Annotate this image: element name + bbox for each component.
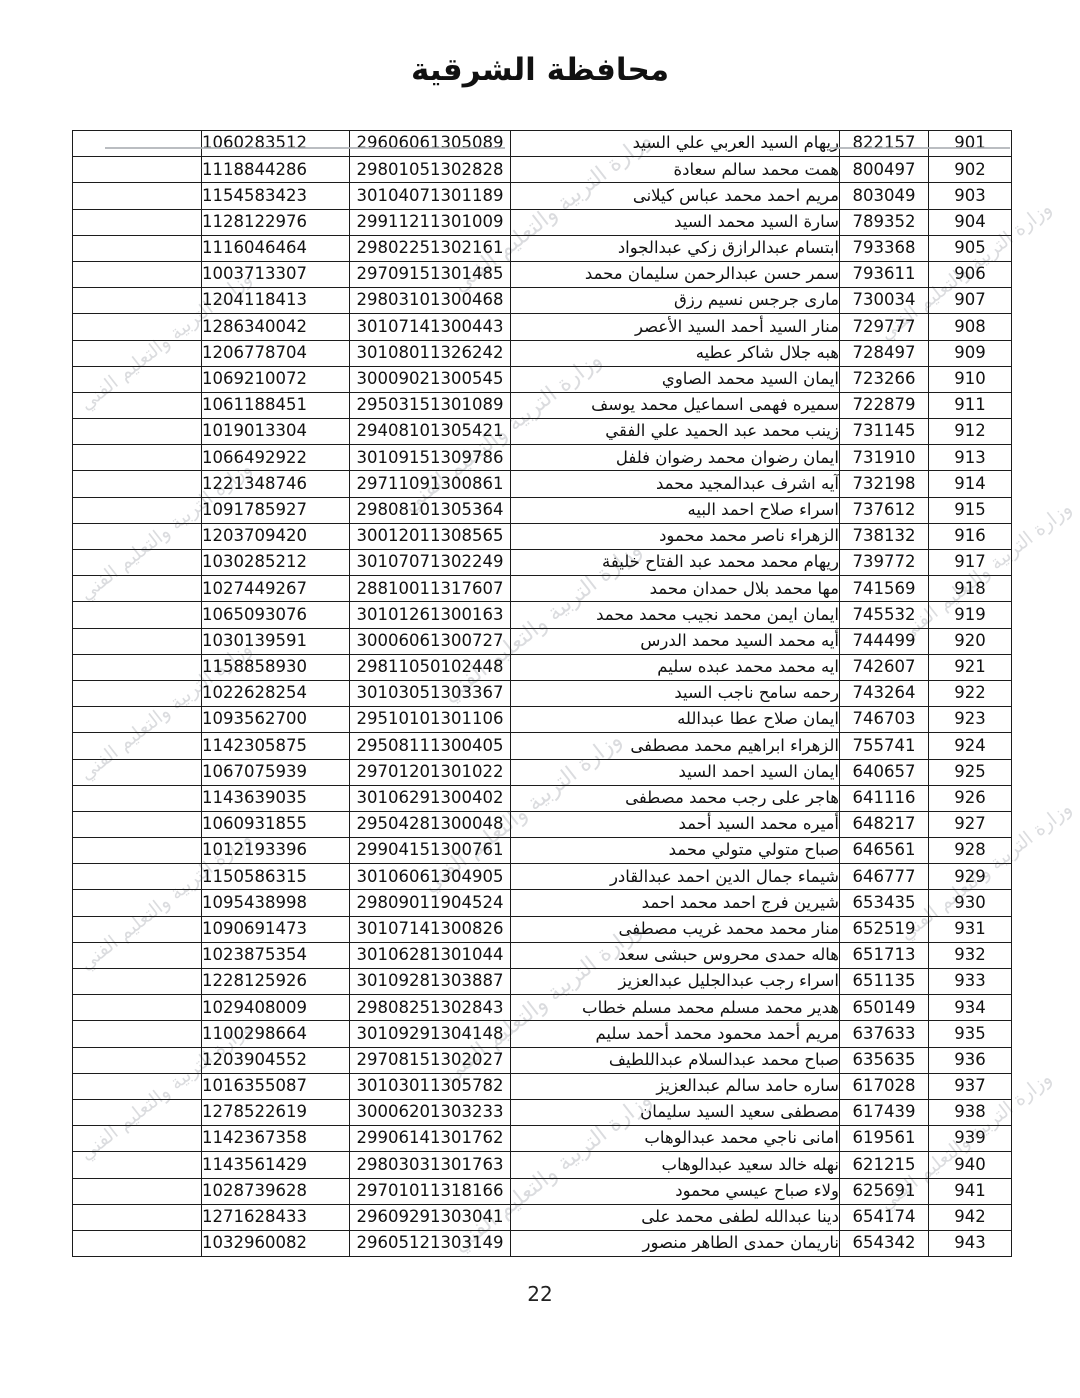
cell-number: 1023875354 (202, 942, 350, 968)
cell-empty (73, 340, 202, 366)
cell-code: 730034 (840, 288, 929, 314)
cell-number: 1118844286 (202, 157, 350, 183)
cell-name: ولاء صباح عيسي محمود (511, 1178, 840, 1204)
cell-empty (73, 576, 202, 602)
cell-number: 1032960082 (202, 1230, 350, 1256)
table-row: 936 635635 صباح محمد عبدالسلام عبداللطيف… (73, 1047, 1012, 1073)
cell-empty (73, 288, 202, 314)
cell-code: 789352 (840, 209, 929, 235)
cell-empty (73, 916, 202, 942)
cell-number: 1150586315 (202, 864, 350, 890)
cell-empty (73, 1047, 202, 1073)
table-row: 919 745532 ايمان ايمن محمد نجيب محمد محم… (73, 602, 1012, 628)
table-row: 933 651135 اسراء رجب عبدالجليل عبدالعزيز… (73, 969, 1012, 995)
cell-national-id: 29605121303149 (350, 1230, 511, 1256)
cell-code: 755741 (840, 733, 929, 759)
cell-empty (73, 183, 202, 209)
cell-number: 1154583423 (202, 183, 350, 209)
cell-code: 732198 (840, 471, 929, 497)
table-row: 922 743264 رحمه سامح ناجب السيد 30103051… (73, 680, 1012, 706)
cell-national-id: 30006201303233 (350, 1099, 511, 1125)
cell-code: 637633 (840, 1021, 929, 1047)
cell-national-id: 30109291304148 (350, 1021, 511, 1047)
table-row: 908 729777 منار السيد أحمد السيد الأعصر … (73, 314, 1012, 340)
cell-code: 651713 (840, 942, 929, 968)
cell-number: 1019013304 (202, 419, 350, 445)
cell-number: 1100298664 (202, 1021, 350, 1047)
cell-national-id: 28810011317607 (350, 576, 511, 602)
cell-serial: 903 (929, 183, 1012, 209)
cell-serial: 919 (929, 602, 1012, 628)
cell-name: مصطفى سعيد السيد سليمان (511, 1099, 840, 1125)
cell-code: 803049 (840, 183, 929, 209)
cell-empty (73, 942, 202, 968)
cell-empty (73, 1073, 202, 1099)
cell-empty (73, 838, 202, 864)
cell-national-id: 29809011904524 (350, 890, 511, 916)
cell-name: ابتسام عبدالرازق زكي عبدالجواد (511, 235, 840, 261)
cell-national-id: 30103051303367 (350, 680, 511, 706)
cell-national-id: 29911211301009 (350, 209, 511, 235)
table-row: 932 651713 هاله حمدى محروس حبشى سعد 3010… (73, 942, 1012, 968)
table-row: 902 800497 همت محمد سالم سعادة 298010513… (73, 157, 1012, 183)
cell-serial: 935 (929, 1021, 1012, 1047)
cell-name: اسراء رجب عبدالجليل عبدالعزيز (511, 969, 840, 995)
scan-artifact-line (105, 147, 505, 149)
cell-name: هاله حمدى محروس حبشى سعد (511, 942, 840, 968)
cell-serial: 940 (929, 1152, 1012, 1178)
table-row: 917 739772 ريهام محمد محمد عبد الفتاح خل… (73, 550, 1012, 576)
table-row: 942 654174 دينا عبدالله لطفى محمد على 29… (73, 1204, 1012, 1230)
table-row: 903 803049 مريم احمد محمد عباس كيلانى 30… (73, 183, 1012, 209)
cell-national-id: 30104071301189 (350, 183, 511, 209)
cell-code: 800497 (840, 157, 929, 183)
cell-number: 1060283512 (202, 131, 350, 157)
cell-national-id: 29609291303041 (350, 1204, 511, 1230)
cell-code: 640657 (840, 759, 929, 785)
cell-number: 1143561429 (202, 1152, 350, 1178)
cell-serial: 911 (929, 392, 1012, 418)
cell-name: صباح محمد عبدالسلام عبداللطيف (511, 1047, 840, 1073)
table-row: 939 619561 امانى ناجي محمد عبدالوهاب 299… (73, 1126, 1012, 1152)
cell-empty (73, 550, 202, 576)
table-row: 920 744499 أيه محمد السيد محمد الدرس 300… (73, 628, 1012, 654)
cell-number: 1095438998 (202, 890, 350, 916)
cell-code: 793368 (840, 235, 929, 261)
table-row: 940 621215 نهله خالد سعيد عبدالوهاب 2980… (73, 1152, 1012, 1178)
cell-name: منار السيد أحمد السيد الأعصر (511, 314, 840, 340)
cell-number: 1204118413 (202, 288, 350, 314)
cell-name: ايمان رضوان محمد رضوان فلفل (511, 445, 840, 471)
cell-serial: 908 (929, 314, 1012, 340)
cell-empty (73, 811, 202, 837)
cell-national-id: 29811050102448 (350, 654, 511, 680)
cell-name: مها محمد بلال حمدان محمد (511, 576, 840, 602)
cell-empty (73, 157, 202, 183)
table-row: 918 741569 مها محمد بلال حمدان محمد 2881… (73, 576, 1012, 602)
cell-code: 822157 (840, 131, 929, 157)
table-row: 928 646561 صباح متولي متولي محمد 2990415… (73, 838, 1012, 864)
cell-serial: 902 (929, 157, 1012, 183)
cell-empty (73, 733, 202, 759)
cell-serial: 916 (929, 523, 1012, 549)
cell-code: 625691 (840, 1178, 929, 1204)
table-row: 941 625691 ولاء صباح عيسي محمود 29701011… (73, 1178, 1012, 1204)
roster-table-body: 901 822157 ريهام السيد العربي علي السيد … (73, 131, 1012, 1257)
cell-national-id: 30109151309786 (350, 445, 511, 471)
cell-national-id: 29408101305421 (350, 419, 511, 445)
cell-name: آيه اشرف عبدالمجيد محمد (511, 471, 840, 497)
cell-number: 1060931855 (202, 811, 350, 837)
cell-name: زينب محمد عبد الحميد علي الفقي (511, 419, 840, 445)
cell-national-id: 29708151302027 (350, 1047, 511, 1073)
cell-code: 654342 (840, 1230, 929, 1256)
cell-number: 1012193396 (202, 838, 350, 864)
table-row: 907 730034 مارى جرجس نسيم رزق 2980310130… (73, 288, 1012, 314)
table-row: 931 652519 منار محمد محمد غريب مصطفى 301… (73, 916, 1012, 942)
cell-number: 1067075939 (202, 759, 350, 785)
cell-serial: 904 (929, 209, 1012, 235)
cell-number: 1027449267 (202, 576, 350, 602)
page-title: محافظة الشرقية (0, 52, 1080, 88)
cell-number: 1158858930 (202, 654, 350, 680)
cell-code: 741569 (840, 576, 929, 602)
cell-national-id: 29803101300468 (350, 288, 511, 314)
cell-national-id: 30103011305782 (350, 1073, 511, 1099)
cell-code: 652519 (840, 916, 929, 942)
cell-serial: 909 (929, 340, 1012, 366)
table-row: 927 648217 أميره محمد السيد أحمد 2950428… (73, 811, 1012, 837)
cell-empty (73, 995, 202, 1021)
cell-empty (73, 969, 202, 995)
cell-empty (73, 314, 202, 340)
table-row: 937 617028 ساره حامد سالم عبدالعزيز 3010… (73, 1073, 1012, 1099)
cell-empty (73, 497, 202, 523)
cell-national-id: 29503151301089 (350, 392, 511, 418)
cell-code: 745532 (840, 602, 929, 628)
cell-serial: 907 (929, 288, 1012, 314)
cell-serial: 926 (929, 785, 1012, 811)
cell-serial: 905 (929, 235, 1012, 261)
table-row: 913 731910 ايمان رضوان محمد رضوان فلفل 3… (73, 445, 1012, 471)
cell-serial: 936 (929, 1047, 1012, 1073)
cell-national-id: 29504281300048 (350, 811, 511, 837)
cell-number: 1142305875 (202, 733, 350, 759)
cell-empty (73, 1021, 202, 1047)
cell-national-id: 29802251302161 (350, 235, 511, 261)
table-row: 906 793611 سمر حسن عبدالرحمن سليمان محمد… (73, 261, 1012, 287)
cell-code: 722879 (840, 392, 929, 418)
cell-code: 619561 (840, 1126, 929, 1152)
cell-name: ايمان صلاح عطا عبدالله (511, 707, 840, 733)
scanned-document-page: { "page": { "title": "محافظة الشرقية", "… (0, 0, 1080, 1398)
cell-serial: 920 (929, 628, 1012, 654)
cell-empty (73, 654, 202, 680)
cell-national-id: 29701011318166 (350, 1178, 511, 1204)
table-row: 901 822157 ريهام السيد العربي علي السيد … (73, 131, 1012, 157)
cell-empty (73, 131, 202, 157)
cell-serial: 937 (929, 1073, 1012, 1099)
cell-name: ايمان ايمن محمد نجيب محمد محمد (511, 602, 840, 628)
cell-code: 650149 (840, 995, 929, 1021)
cell-name: ساره حامد سالم عبدالعزيز (511, 1073, 840, 1099)
table-row: 924 755741 الزهراء ابراهيم محمد مصطفى 29… (73, 733, 1012, 759)
cell-name: دينا عبدالله لطفى محمد على (511, 1204, 840, 1230)
cell-name: سمر حسن عبدالرحمن سليمان محمد (511, 261, 840, 287)
cell-name: هبه جلال شاكر عطيه (511, 340, 840, 366)
cell-code: 729777 (840, 314, 929, 340)
cell-name: ايمان السيد محمد الصاوي (511, 366, 840, 392)
cell-number: 1029408009 (202, 995, 350, 1021)
cell-name: سارة السيد محمد السيد (511, 209, 840, 235)
cell-empty (73, 471, 202, 497)
cell-code: 653435 (840, 890, 929, 916)
cell-number: 1061188451 (202, 392, 350, 418)
cell-number: 1069210072 (202, 366, 350, 392)
cell-empty (73, 235, 202, 261)
table-row: 912 731145 زينب محمد عبد الحميد علي الفق… (73, 419, 1012, 445)
table-row: 909 728497 هبه جلال شاكر عطيه 3010801132… (73, 340, 1012, 366)
cell-serial: 901 (929, 131, 1012, 157)
cell-name: صباح متولي متولي محمد (511, 838, 840, 864)
table-row: 929 646777 شيماء جمال الدين احمد عبدالقا… (73, 864, 1012, 890)
cell-number: 1142367358 (202, 1126, 350, 1152)
table-row: 930 653435 شيرين فرج احمد محمد احمد 2980… (73, 890, 1012, 916)
cell-empty (73, 419, 202, 445)
cell-serial: 939 (929, 1126, 1012, 1152)
cell-number: 1221348746 (202, 471, 350, 497)
cell-name: شيرين فرج احمد محمد احمد (511, 890, 840, 916)
cell-number: 1003713307 (202, 261, 350, 287)
cell-code: 737612 (840, 497, 929, 523)
table-row: 916 738132 الزهراء ناصر محمد محمود 30012… (73, 523, 1012, 549)
cell-code: 738132 (840, 523, 929, 549)
table-row: 914 732198 آيه اشرف عبدالمجيد محمد 29711… (73, 471, 1012, 497)
cell-code: 651135 (840, 969, 929, 995)
cell-national-id: 30006061300727 (350, 628, 511, 654)
scan-artifact-line (830, 147, 1010, 149)
cell-empty (73, 628, 202, 654)
cell-national-id: 30107141300826 (350, 916, 511, 942)
cell-national-id: 29808251302843 (350, 995, 511, 1021)
cell-name: مارى جرجس نسيم رزق (511, 288, 840, 314)
cell-name: منار محمد محمد غريب مصطفى (511, 916, 840, 942)
cell-code: 646777 (840, 864, 929, 890)
cell-number: 1091785927 (202, 497, 350, 523)
cell-code: 648217 (840, 811, 929, 837)
cell-national-id: 29510101301106 (350, 707, 511, 733)
cell-serial: 928 (929, 838, 1012, 864)
cell-empty (73, 392, 202, 418)
cell-serial: 914 (929, 471, 1012, 497)
cell-code: 743264 (840, 680, 929, 706)
cell-name: امانى ناجي محمد عبدالوهاب (511, 1126, 840, 1152)
cell-number: 1030139591 (202, 628, 350, 654)
cell-number: 1128122976 (202, 209, 350, 235)
cell-empty (73, 261, 202, 287)
cell-serial: 930 (929, 890, 1012, 916)
cell-national-id: 29709151301485 (350, 261, 511, 287)
cell-name: أيه محمد السيد محمد الدرس (511, 628, 840, 654)
cell-empty (73, 445, 202, 471)
cell-national-id: 29808101305364 (350, 497, 511, 523)
cell-empty (73, 785, 202, 811)
cell-serial: 925 (929, 759, 1012, 785)
cell-empty (73, 1126, 202, 1152)
cell-national-id: 29801051302828 (350, 157, 511, 183)
cell-name: هدير محمد مسلم محمد مسلم خطاب (511, 995, 840, 1021)
cell-serial: 934 (929, 995, 1012, 1021)
cell-serial: 906 (929, 261, 1012, 287)
cell-empty (73, 1230, 202, 1256)
cell-serial: 943 (929, 1230, 1012, 1256)
cell-code: 641116 (840, 785, 929, 811)
cell-serial: 915 (929, 497, 1012, 523)
cell-name: ناريمان حمدى الطاهر منصور (511, 1230, 840, 1256)
table-row: 938 617439 مصطفى سعيد السيد سليمان 30006… (73, 1099, 1012, 1125)
cell-number: 1116046464 (202, 235, 350, 261)
cell-number: 1030285212 (202, 550, 350, 576)
table-row: 904 789352 سارة السيد محمد السيد 2991121… (73, 209, 1012, 235)
cell-name: هاجر على رجب محمد مصطفى (511, 785, 840, 811)
cell-national-id: 30109281303887 (350, 969, 511, 995)
cell-name: نهله خالد سعيد عبدالوهاب (511, 1152, 840, 1178)
page-number: 22 (0, 1282, 1080, 1306)
cell-national-id: 30009021300545 (350, 366, 511, 392)
cell-serial: 942 (929, 1204, 1012, 1230)
cell-name: الزهراء ناصر محمد محمود (511, 523, 840, 549)
cell-number: 1206778704 (202, 340, 350, 366)
cell-code: 646561 (840, 838, 929, 864)
cell-number: 1271628433 (202, 1204, 350, 1230)
cell-name: ايه محمد محمد عبده سليم (511, 654, 840, 680)
cell-serial: 922 (929, 680, 1012, 706)
cell-national-id: 30012011308565 (350, 523, 511, 549)
cell-serial: 931 (929, 916, 1012, 942)
cell-name: ايمان السيد احمد السيد (511, 759, 840, 785)
cell-empty (73, 890, 202, 916)
table-row: 943 654342 ناريمان حمدى الطاهر منصور 296… (73, 1230, 1012, 1256)
cell-name: ريهام محمد محمد عبد الفتاح خليفة (511, 550, 840, 576)
table-row: 911 722879 سميره فهمى اسماعيل محمد يوسف … (73, 392, 1012, 418)
cell-name: شيماء جمال الدين احمد عبدالقادر (511, 864, 840, 890)
cell-serial: 938 (929, 1099, 1012, 1125)
cell-serial: 917 (929, 550, 1012, 576)
cell-name: الزهراء ابراهيم محمد مصطفى (511, 733, 840, 759)
cell-name: سميره فهمى اسماعيل محمد يوسف (511, 392, 840, 418)
cell-empty (73, 1178, 202, 1204)
cell-serial: 932 (929, 942, 1012, 968)
cell-number: 1028739628 (202, 1178, 350, 1204)
cell-code: 621215 (840, 1152, 929, 1178)
cell-code: 731910 (840, 445, 929, 471)
cell-code: 635635 (840, 1047, 929, 1073)
table-row: 923 746703 ايمان صلاح عطا عبدالله 295101… (73, 707, 1012, 733)
cell-national-id: 29508111300405 (350, 733, 511, 759)
cell-code: 723266 (840, 366, 929, 392)
cell-serial: 933 (929, 969, 1012, 995)
cell-code: 654174 (840, 1204, 929, 1230)
cell-number: 1143639035 (202, 785, 350, 811)
cell-empty (73, 707, 202, 733)
cell-empty (73, 1099, 202, 1125)
table-row: 934 650149 هدير محمد مسلم محمد مسلم خطاب… (73, 995, 1012, 1021)
cell-empty (73, 680, 202, 706)
cell-serial: 921 (929, 654, 1012, 680)
table-row: 915 737612 اسراء صلاح احمد البيه 2980810… (73, 497, 1012, 523)
cell-number: 1203709420 (202, 523, 350, 549)
cell-empty (73, 602, 202, 628)
roster-table: 901 822157 ريهام السيد العربي علي السيد … (72, 130, 1012, 1257)
cell-number: 1228125926 (202, 969, 350, 995)
cell-number: 1286340042 (202, 314, 350, 340)
table-row: 935 637633 مريم أحمد محمود محمد أحمد سلي… (73, 1021, 1012, 1047)
cell-national-id: 29803031301763 (350, 1152, 511, 1178)
cell-serial: 929 (929, 864, 1012, 890)
cell-code: 739772 (840, 550, 929, 576)
cell-national-id: 30107141300443 (350, 314, 511, 340)
cell-number: 1022628254 (202, 680, 350, 706)
cell-name: رحمه سامح ناجب السيد (511, 680, 840, 706)
table-row: 921 742607 ايه محمد محمد عبده سليم 29811… (73, 654, 1012, 680)
cell-number: 1066492922 (202, 445, 350, 471)
cell-serial: 924 (929, 733, 1012, 759)
cell-empty (73, 523, 202, 549)
cell-empty (73, 366, 202, 392)
cell-serial: 927 (929, 811, 1012, 837)
cell-code: 617028 (840, 1073, 929, 1099)
cell-national-id: 29606061305089 (350, 131, 511, 157)
cell-national-id: 29711091300861 (350, 471, 511, 497)
cell-name: مريم احمد محمد عباس كيلانى (511, 183, 840, 209)
cell-serial: 923 (929, 707, 1012, 733)
cell-national-id: 29701201301022 (350, 759, 511, 785)
table-row: 926 641116 هاجر على رجب محمد مصطفى 30106… (73, 785, 1012, 811)
cell-name: اسراء صلاح احمد البيه (511, 497, 840, 523)
cell-empty (73, 209, 202, 235)
cell-empty (73, 864, 202, 890)
cell-code: 742607 (840, 654, 929, 680)
cell-national-id: 30106281301044 (350, 942, 511, 968)
table-row: 925 640657 ايمان السيد احمد السيد 297012… (73, 759, 1012, 785)
cell-name: مريم أحمد محمود محمد أحمد سليم (511, 1021, 840, 1047)
cell-empty (73, 1204, 202, 1230)
cell-number: 1278522619 (202, 1099, 350, 1125)
cell-name: أميره محمد السيد أحمد (511, 811, 840, 837)
cell-empty (73, 759, 202, 785)
cell-code: 728497 (840, 340, 929, 366)
cell-number: 1090691473 (202, 916, 350, 942)
cell-serial: 912 (929, 419, 1012, 445)
cell-national-id: 30106061304905 (350, 864, 511, 890)
cell-empty (73, 1152, 202, 1178)
cell-name: همت محمد سالم سعادة (511, 157, 840, 183)
cell-number: 1093562700 (202, 707, 350, 733)
cell-number: 1016355087 (202, 1073, 350, 1099)
cell-national-id: 30107071302249 (350, 550, 511, 576)
cell-serial: 913 (929, 445, 1012, 471)
cell-number: 1065093076 (202, 602, 350, 628)
cell-name: ريهام السيد العربي علي السيد (511, 131, 840, 157)
table-row: 905 793368 ابتسام عبدالرازق زكي عبدالجوا… (73, 235, 1012, 261)
cell-national-id: 30108011326242 (350, 340, 511, 366)
cell-code: 746703 (840, 707, 929, 733)
cell-serial: 918 (929, 576, 1012, 602)
cell-serial: 941 (929, 1178, 1012, 1204)
cell-number: 1203904552 (202, 1047, 350, 1073)
cell-code: 793611 (840, 261, 929, 287)
table-row: 910 723266 ايمان السيد محمد الصاوي 30009… (73, 366, 1012, 392)
